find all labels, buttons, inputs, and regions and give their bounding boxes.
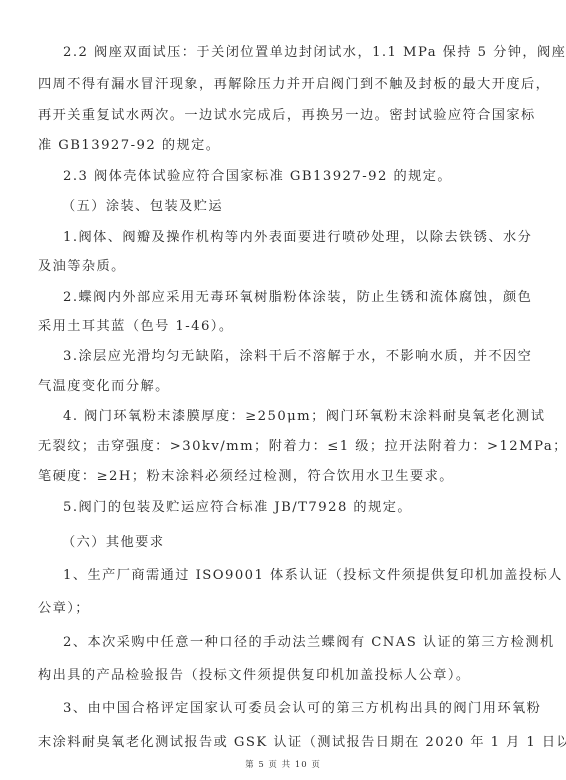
para-2-2-line-4: 准 GB13927-92 的规定。: [38, 137, 220, 155]
req-1-line-1: 1、生产厂商需通过 ISO9001 体系认证（投标文件须提供复印机加盖投标人: [63, 567, 563, 585]
req-1-line-2: 公章）；: [38, 600, 90, 618]
page-number-footer: 第 5 页 共 10 页: [0, 758, 566, 770]
item-3-line-1: 3.涂层应光滑均匀无缺陷，涂料干后不溶解于水，不影响水质，并不因空: [63, 348, 532, 366]
section-heading-6: （六）其他要求: [62, 534, 164, 552]
item-2-line-2: 采用土耳其蓝（色号 1-46）。: [38, 318, 233, 336]
item-2-line-1: 2.蝶阀内外部应采用无毒环氧树脂粉体涂装，防止生锈和流体腐蚀，颜色: [63, 289, 532, 307]
req-2-line-1: 2、本次采购中任意一种口径的手动法兰蝶阀有 CNAS 认证的第三方检测机: [63, 634, 555, 652]
item-5: 5.阀门的包装及贮运应符合标准 JB/T7928 的规定。: [63, 499, 412, 517]
para-2-2-line-2: 四周不得有漏水冒汗现象，再解除压力并开启阀门到不触及封板的最大开度后，: [38, 76, 550, 94]
item-4-line-2: 无裂纹；击穿强度：>30kv/mm；附着力：≤1 级；拉开法附着力：>12MPa…: [38, 438, 566, 456]
req-2-line-2: 构出具的产品检验报告（投标文件须提供复印机加盖投标人公章）。: [38, 667, 471, 685]
para-2-2-line-1: 2.2 阀座双面试压：于关闭位置单边封闭试水，1.1 MPa 保持 5 分钟，阀…: [63, 44, 566, 62]
section-heading-5: （五）涂装、包装及贮运: [62, 198, 223, 216]
item-1-line-2: 及油等杂质。: [38, 258, 126, 276]
document-page: 2.2 阀座双面试压：于关闭位置单边封闭试水，1.1 MPa 保持 5 分钟，阀…: [0, 0, 566, 780]
para-2-3: 2.3 阀体壳体试验应符合国家标准 GB13927-92 的规定。: [63, 168, 452, 186]
item-3-line-2: 气温度变化而分解。: [38, 378, 170, 396]
req-3-line-2: 末涂料耐臭氧老化测试报告或 GSK 认证（测试报告日期在 2020 年 1 月 …: [38, 734, 566, 752]
item-1-line-1: 1.阀体、阀瓣及操作机构等内外表面要进行喷砂处理，以除去铁锈、水分: [63, 229, 532, 247]
para-2-2-line-3: 再开关重复试水两次。一边试水完成后，再换另一边。密封试验应符合国家标: [38, 107, 536, 125]
item-4-line-3: 笔硬度：≥2H；粉末涂料必须经过检测，符合饮用水卫生要求。: [38, 468, 454, 486]
item-4-line-1: 4. 阀门环氧粉末漆膜厚度：≥250μm；阀门环氧粉末涂料耐臭氧老化测试: [63, 408, 545, 426]
req-3-line-1: 3、由中国合格评定国家认可委员会认可的第三方机构出具的阀门用环氧粉: [63, 700, 541, 718]
